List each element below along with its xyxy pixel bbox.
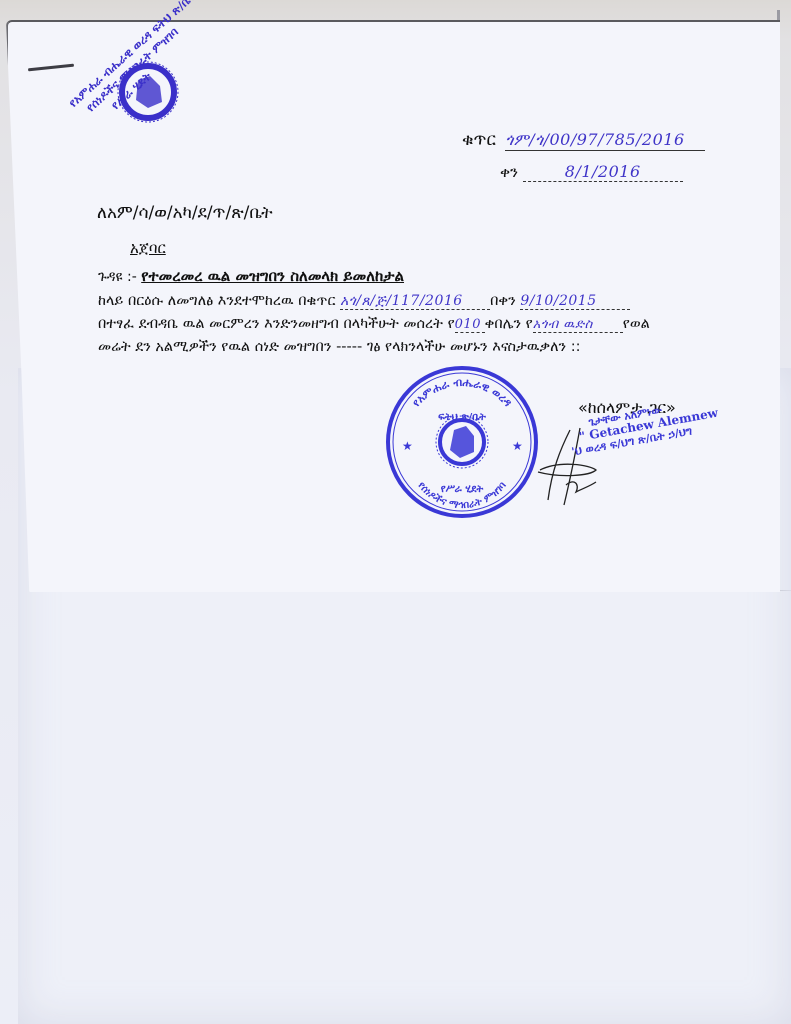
round-stamp: ★ ★ የአምሐራ ብሔራዊ ወረዳ ፍትህ ጽ/ቤት የሰነዶችና ማኅበራት… [382,362,542,522]
ref-value: ጎም/ጎ/00/97/785/2016 [505,130,684,149]
body-text: ከላይ በርዕሱ ለመግለፅ እንደተሞከረዉ በቁጥር [98,293,335,309]
date-value: 8/1/2016 [565,162,641,181]
date-line: ቀን 8/1/2016 [500,162,683,182]
body-name-value: አጎብ ዉድስ [533,317,593,332]
body-text: ቀበሌን የ [485,316,533,332]
top-stamp: የአምሐራ ብሔራዊ ወረዳ ፍትህ ጽ/ቤት የሰነዶችና ማኅበራት ምዝገ… [88,40,288,200]
svg-text:★: ★ [402,439,413,453]
date-label: ቀን [500,163,518,181]
body-date-value: 9/10/2015 [520,293,596,309]
subject-line: ጉዳዩ :- የተመረመረ ዉል መዝግበን ስለመላክ ይመለከታል [98,267,404,285]
addressee-city: አጀባር [130,239,166,257]
addressee: ለአም/ሳ/ወ/አካ/ደ/ጥ/ጽ/ቤት [97,203,273,223]
round-stamp-top2: ፍትህ ጽ/ቤት [438,412,486,423]
body-date-label: በቀን [490,293,516,309]
body-text: በተፃፈ ደብዳቤ ዉል መርምረን እንድንመዘግብ በላካችሁት መሰረት … [98,316,455,332]
body-ref-value: አጎ/ጸ/ጅ/117/2016 [340,293,463,309]
body-text: የወል [623,316,650,332]
reference-line: ቁጥር ጎም/ጎ/00/97/785/2016 [462,130,705,151]
round-stamp-bottom2: የሥራ ሂደት [441,484,484,495]
body-line-3: መሬት ደን አልሚዎችን የዉል ሰነድ መዝግበን ----- ገፅ የላክ… [98,339,581,355]
ref-label: ቁጥር [462,130,496,150]
body-line-2: በተፃፈ ደብዳቤ ዉል መርምረን እንድንመዘግብ በላካችሁት መሰረት … [98,316,650,333]
svg-text:የአምሐራ ብሔራዊ ወረዳ: የአምሐራ ብሔራዊ ወረዳ [410,376,515,409]
round-stamp-top: የአምሐራ ብሔራዊ ወረዳ [410,376,515,409]
svg-text:★: ★ [512,439,523,453]
subject-label: ጉዳዩ :- [98,269,137,285]
body-line-1: ከላይ በርዕሱ ለመግለፅ እንደተሞከረዉ በቁጥር አጎ/ጸ/ጅ/117/… [98,293,630,310]
subject-text: የተመረመረ ዉል መዝግበን ስለመላክ ይመለከታል [141,267,404,285]
emblem-icon [436,416,488,468]
body-count-value: 010 [455,317,481,332]
